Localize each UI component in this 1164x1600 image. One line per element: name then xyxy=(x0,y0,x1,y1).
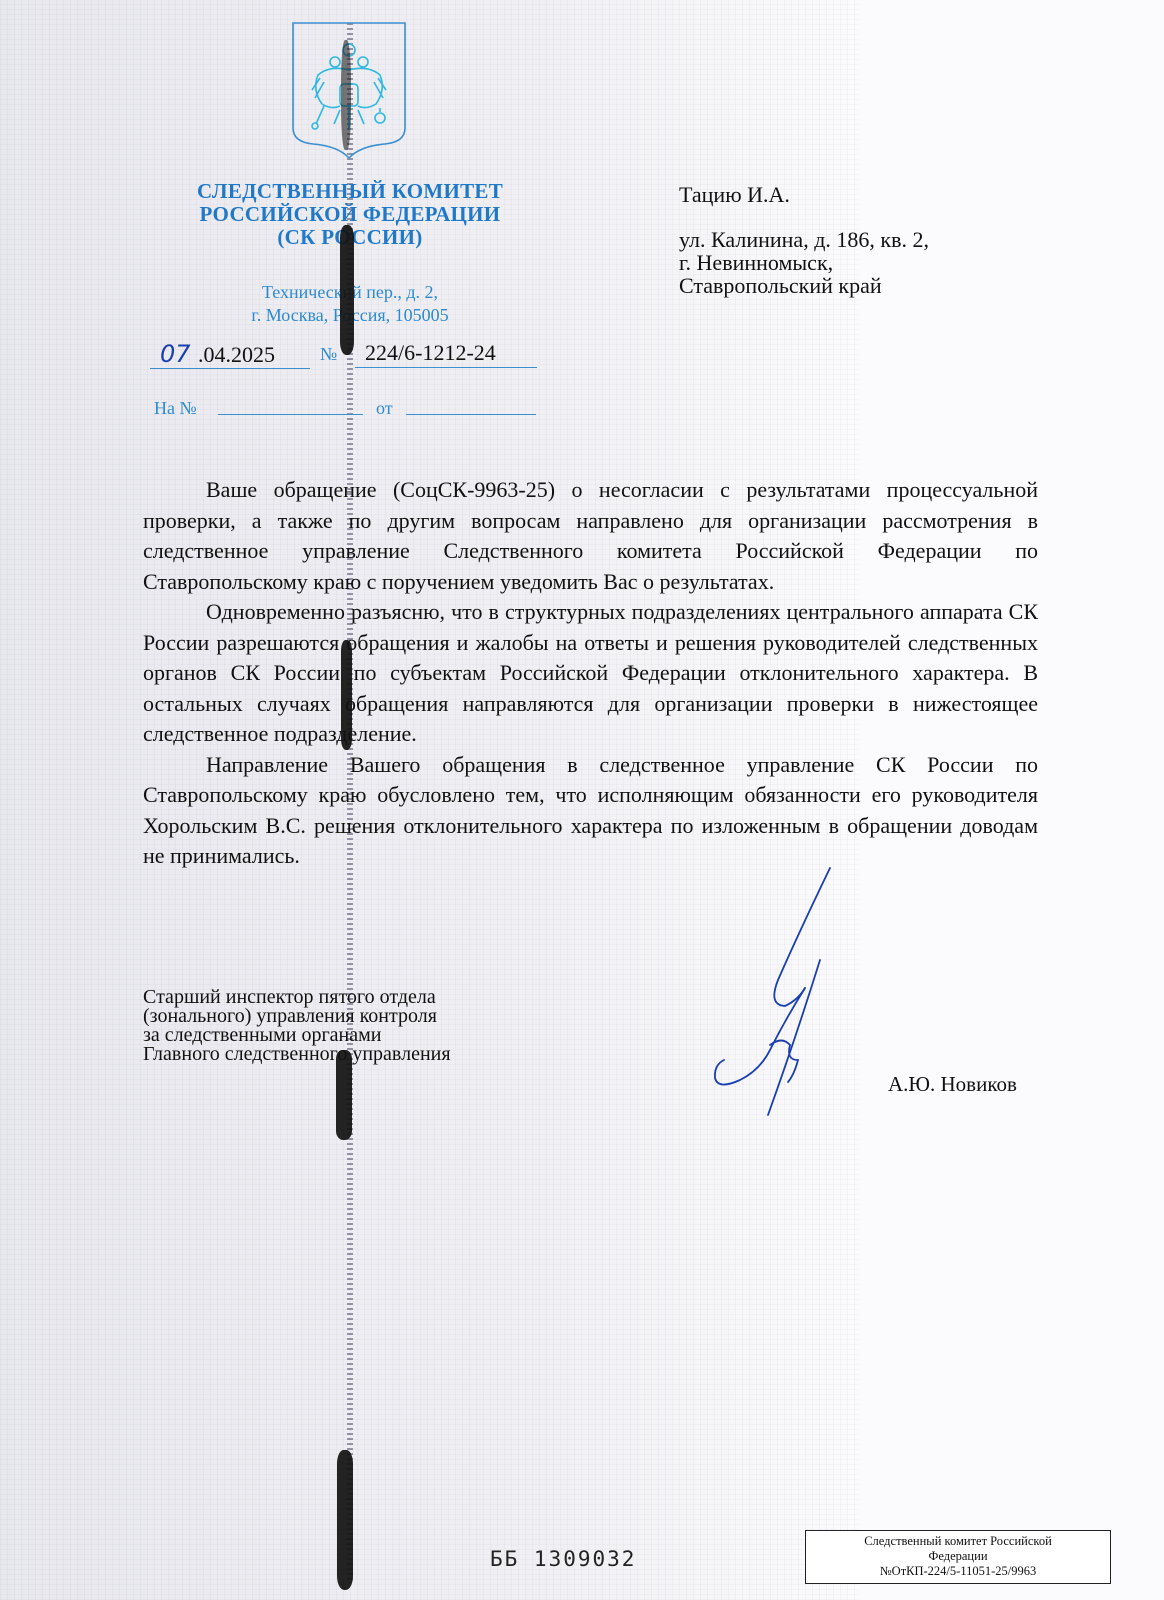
number-sign-label: № xyxy=(320,344,337,365)
reference-number-blank xyxy=(218,414,363,415)
body-paragraph: Одновременно разъясню, что в структурных… xyxy=(143,597,1038,750)
reference-number-label: На № xyxy=(154,398,197,419)
scan-smudge xyxy=(341,40,351,150)
outgoing-number: 224/6-1212-24 xyxy=(355,340,537,368)
stamp-line: Федерации xyxy=(806,1549,1110,1564)
scan-smudge xyxy=(340,225,354,355)
form-serial-number: ББ 1309032 xyxy=(490,1547,636,1571)
reference-from-label: от xyxy=(376,398,393,419)
recipient-block: Тацию И.А. ул. Калинина, д. 186, кв. 2, … xyxy=(679,183,929,297)
date-month-year: .04.2025 xyxy=(198,342,275,367)
org-name-line: СЛЕДСТВЕННЫЙ КОМИТЕТ xyxy=(150,180,550,203)
letter-body: Ваше обращение (СоцСК-9963-25) о несогла… xyxy=(143,475,1038,872)
signer-position: Старший инспектор пятого отдела (зональн… xyxy=(143,988,451,1064)
document-date: 07.04.2025 xyxy=(150,340,310,369)
stamp-line: Следственный комитет Российской xyxy=(806,1534,1110,1549)
handwritten-signature-icon xyxy=(690,860,850,1140)
recipient-address-line: ул. Калинина, д. 186, кв. 2, xyxy=(679,228,929,251)
recipient-address-line: Ставропольский край xyxy=(679,274,929,297)
recipient-name: Тацию И.А. xyxy=(679,183,929,206)
body-paragraph: Ваше обращение (СоцСК-9963-25) о несогла… xyxy=(143,475,1038,597)
position-line: Главного следственного управления xyxy=(143,1045,451,1064)
scan-smudge xyxy=(337,1450,353,1590)
scan-smudge xyxy=(341,640,352,750)
handwritten-day: 07 xyxy=(160,340,198,368)
registration-stamp: Следственный комитет Российской Федераци… xyxy=(805,1530,1111,1584)
scan-smudge xyxy=(336,1050,352,1140)
org-name-line: РОССИЙСКОЙ ФЕДЕРАЦИИ xyxy=(150,203,550,226)
body-paragraph: Направление Вашего обращения в следствен… xyxy=(143,750,1038,872)
stamp-line: №ОтКП-224/5-11051-25/9963 xyxy=(806,1564,1110,1579)
recipient-address-line: г. Невинномыск, xyxy=(679,251,929,274)
reference-from-blank xyxy=(406,414,536,415)
signer-name: А.Ю. Новиков xyxy=(888,1072,1017,1097)
